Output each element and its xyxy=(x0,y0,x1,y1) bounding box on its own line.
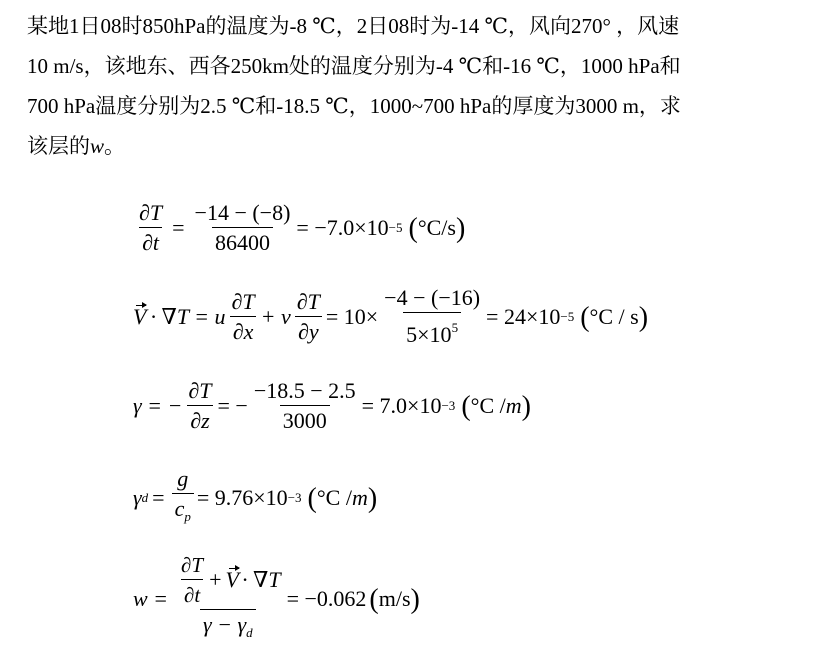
equation-lapse-rate: γ = − ∂T ∂z = − −18.5 − 2.5 3000 = 7.0×1… xyxy=(133,378,531,434)
fraction: −14 − (−8) 86400 xyxy=(192,200,294,256)
problem-line-3: 700 hPa温度分别为2.5 ℃和-18.5 ℃，1000~700 hPa的厚… xyxy=(27,86,817,126)
unit: °C / s xyxy=(590,304,639,330)
problem-line-4: 该层的w。 xyxy=(27,126,817,166)
problem-line-2: 10 m/s，该地东、西各250km处的温度分别为-4 ℃和-16 ℃，1000… xyxy=(27,46,817,86)
equation-dT-dt: ∂T ∂t = −14 − (−8) 86400 = −7.0×10−5 (°C… xyxy=(133,200,465,256)
equation-dry-lapse-rate: γd = g cp = 9.76×10−3 (°C / m) xyxy=(133,466,377,530)
unit: °C/s xyxy=(418,215,456,241)
vector-V: V xyxy=(133,304,146,330)
unit: m/s xyxy=(379,586,411,612)
fraction: ∂T ∂t xyxy=(136,200,165,256)
problem-statement: 某地1日08时850hPa的温度为-8 ℃，2日08时为-14 ℃，风向270°… xyxy=(27,6,817,166)
variable-w: w xyxy=(90,134,104,158)
problem-line-1: 某地1日08时850hPa的温度为-8 ℃，2日08时为-14 ℃，风向270°… xyxy=(27,6,817,46)
equation-advection: V · ∇T = u ∂T ∂x + v ∂T ∂y = 10× −4 − (−… xyxy=(133,285,648,348)
equation-vertical-velocity: w = ∂T ∂t + V · ∇T γ − γd = −0.062 (m/s) xyxy=(133,552,420,646)
